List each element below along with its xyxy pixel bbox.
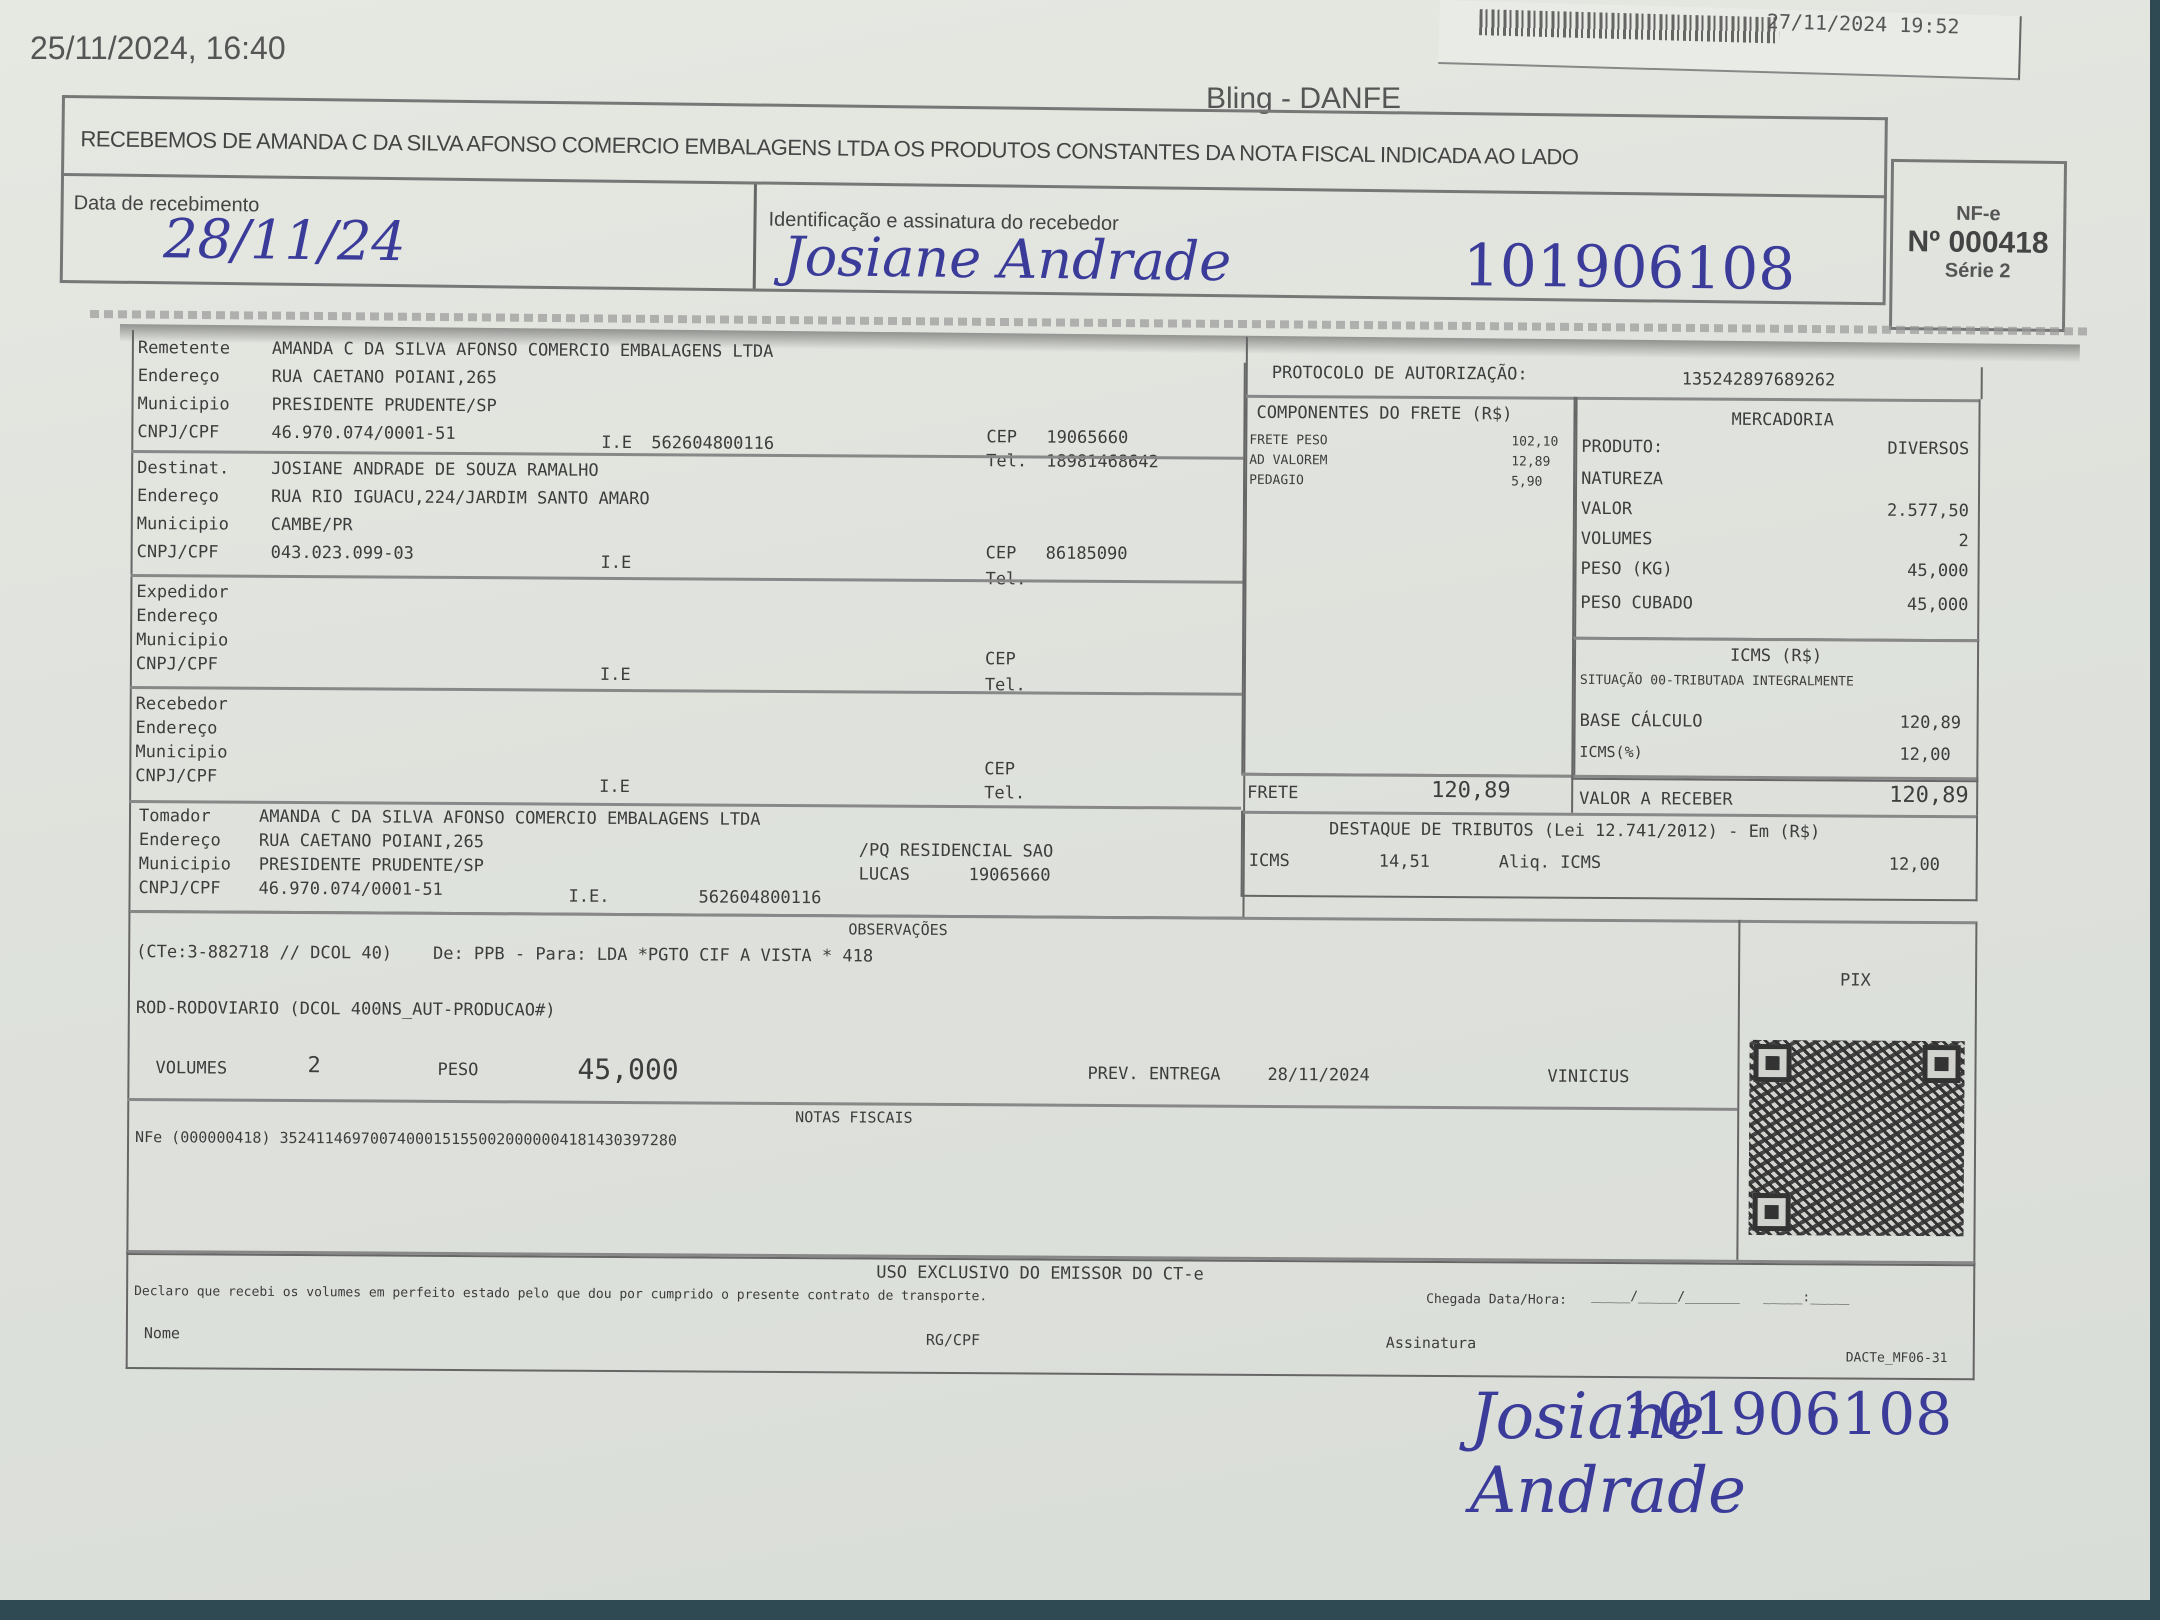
remetente-tel-label: Tel. <box>986 451 1027 471</box>
tomador-ie-label: I.E. <box>568 887 609 907</box>
tomador-name: AMANDA C DA SILVA AFONSO COMERCIO EMBALA… <box>259 807 761 830</box>
merchandise-row-label: NATUREZA <box>1581 469 1663 489</box>
protocol-label: PROTOCOLO DE AUTORIZAÇÃO: <box>1272 363 1528 385</box>
weight-label: PESO <box>437 1060 478 1080</box>
destinatario-cep: 86185090 <box>1046 544 1128 564</box>
tomador-city2: LUCAS <box>859 864 910 884</box>
remetente-doc: 46.970.074/0001-51 <box>271 423 455 444</box>
remetente-cep: 19065660 <box>1046 428 1128 448</box>
merchandise-row-label: VOLUMES <box>1581 529 1653 549</box>
recebedor-tel-label: Tel. <box>984 783 1025 803</box>
taxes-icms: 14,51 <box>1379 852 1430 872</box>
freight-item-value: 12,89 <box>1511 454 1550 469</box>
taxes-title: DESTAQUE DE TRIBUTOS (Lei 12.741/2012) -… <box>1329 819 1820 842</box>
footer-name-label: Nome <box>144 1324 180 1342</box>
destinatario-doc: 043.023.099-03 <box>271 543 414 564</box>
remetente-name: AMANDA C DA SILVA AFONSO COMERCIO EMBALA… <box>272 339 774 362</box>
taxes-aliq-label: Aliq. ICMS <box>1499 852 1601 873</box>
receive-value: 120,89 <box>1889 783 1969 808</box>
delivery-date: 28/11/2024 <box>1267 1065 1369 1086</box>
dacte-form: Remetente AMANDA C DA SILVA AFONSO COMER… <box>126 330 2002 1381</box>
tomador-doc: 46.970.074/0001-51 <box>259 879 443 900</box>
remetente-label: Remetente <box>138 338 230 359</box>
footer-title: USO EXCLUSIVO DO EMISSOR DO CT-e <box>876 1263 1204 1285</box>
expedidor-label: Expedidor <box>136 582 228 603</box>
tomador-city-label: Municipio <box>139 854 231 875</box>
volumes-label: VOLUMES <box>155 1058 227 1078</box>
slip-timestamp: 27/11/2024 19:52 <box>1767 9 1960 38</box>
expedidor-ie-label: I.E <box>600 665 631 685</box>
tomador-address: RUA CAETANO POIANI,265 <box>259 831 484 852</box>
freight-components-title: COMPONENTES DO FRETE (R$) <box>1256 403 1512 425</box>
destinatario-ie-label: I.E <box>601 553 632 573</box>
merchandise-row-value: 45,000 <box>1907 561 1969 581</box>
destinatario-doc-label: CNPJ/CPF <box>137 542 219 562</box>
receive-label: VALOR A RECEBER <box>1579 789 1733 810</box>
merchandise-row-value: DIVERSOS <box>1887 439 1969 459</box>
icms-base: 120,89 <box>1900 713 1962 733</box>
destinatario-name: JOSIANE ANDRADE DE SOUZA RAMALHO <box>271 459 599 481</box>
merchandise-row-value: 45,000 <box>1907 595 1969 615</box>
recebedor-city-label: Municipio <box>135 742 227 763</box>
expedidor-city-label: Municipio <box>136 630 228 651</box>
remetente-ie: 562604800116 <box>651 433 774 454</box>
receipt-declaration: RECEBEMOS DE AMANDA C DA SILVA AFONSO CO… <box>80 126 1578 170</box>
invoice-line: NFe (000000418) 352411469700740001515500… <box>135 1128 677 1149</box>
weight-value: 45,000 <box>577 1053 678 1087</box>
receipt-stub: RECEBEMOS DE AMANDA C DA SILVA AFONSO CO… <box>60 95 1882 307</box>
agent-name: VINICIUS <box>1547 1067 1629 1087</box>
tomador-cep: 19065660 <box>969 865 1051 885</box>
taxes-icms-label: ICMS <box>1249 851 1290 871</box>
remetente-ie-label: I.E <box>601 433 632 453</box>
tomador-label: Tomador <box>139 806 211 826</box>
handwritten-date: 28/11/24 <box>163 207 406 273</box>
merchandise-row-value: 2 <box>1958 531 1968 551</box>
tomador-address2: /PQ RESIDENCIAL SAO <box>859 840 1054 861</box>
merchandise-row-label: VALOR <box>1581 499 1632 519</box>
receipt-fields-row: Data de recebimento 28/11/24 Identificaç… <box>60 173 1887 305</box>
observations-title: OBSERVAÇÕES <box>848 920 947 939</box>
form-code: DACTe_MF06-31 <box>1846 1350 1948 1366</box>
protocol-value: 135242897689262 <box>1682 369 1836 390</box>
recebedor-address-label: Endereço <box>136 718 218 738</box>
recebedor-cep-label: CEP <box>984 759 1015 779</box>
freight-item-value: 5,90 <box>1511 474 1542 489</box>
remetente-city-label: Municipio <box>137 394 229 415</box>
arrival-field: _____/_____/_______ _____:_____ <box>1591 1289 1849 1306</box>
destinatario-label: Destinat. <box>137 458 229 479</box>
icms-rate: 12,00 <box>1899 745 1950 765</box>
recebedor-doc-label: CNPJ/CPF <box>135 766 217 786</box>
arrival-label: Chegada Data/Hora: <box>1426 1292 1567 1308</box>
nfe-number: Nº 000418 <box>1893 225 2063 261</box>
remetente-doc-label: CNPJ/CPF <box>137 422 219 442</box>
icms-title: ICMS (R$) <box>1730 646 1822 667</box>
freight-item-label: PEDAGIO <box>1249 473 1304 488</box>
merchandise-row-label: PESO (KG) <box>1581 559 1673 580</box>
divider <box>753 184 757 288</box>
icms-situation: SITUAÇÃO 00-TRIBUTADA INTEGRALMENTE <box>1580 673 1854 690</box>
freight-total-label: FRETE <box>1247 783 1298 803</box>
remetente-address: RUA CAETANO POIANI,265 <box>272 367 497 388</box>
taxes-aliq: 12,00 <box>1889 855 1940 875</box>
handwritten-id: 101906108 <box>1463 231 1796 303</box>
recebedor-label: Recebedor <box>136 694 228 715</box>
destinatario-address: RUA RIO IGUACU,224/JARDIM SANTO AMARO <box>271 487 650 509</box>
tomador-ie: 562604800116 <box>698 887 821 908</box>
destinatario-cep-label: CEP <box>986 543 1017 563</box>
destinatario-city: CAMBE/PR <box>271 515 353 535</box>
recebedor-ie-label: I.E <box>599 777 630 797</box>
document-photo: 27/11/2024 19:52 25/11/2024, 16:40 Bling… <box>0 0 2150 1600</box>
footer-rg-label: RG/CPF <box>926 1331 980 1349</box>
merchandise-row-label: PRODUTO: <box>1581 437 1663 457</box>
freight-item-label: FRETE PESO <box>1249 433 1327 448</box>
merchandise-title: MERCADORIA <box>1731 410 1833 431</box>
remetente-tel: 18981468642 <box>1046 452 1159 473</box>
nfe-label: NF-e <box>1893 202 2063 227</box>
attached-slip: 27/11/2024 19:52 <box>1438 0 2022 80</box>
tomador-address-label: Endereço <box>139 830 221 850</box>
nfe-number-box: NF-e Nº 000418 Série 2 <box>1889 159 2067 332</box>
destinatario-address-label: Endereço <box>137 486 219 506</box>
tomador-doc-label: CNPJ/CPF <box>139 878 221 898</box>
footer-signature-label: Assinatura <box>1386 1334 1476 1353</box>
remetente-address-label: Endereço <box>138 366 220 386</box>
pix-qr-code-icon <box>1749 1040 1965 1236</box>
remetente-city: PRESIDENTE PRUDENTE/SP <box>271 395 496 416</box>
delivery-label: PREV. ENTREGA <box>1087 1064 1220 1085</box>
observations-line2: ROD-RODOVIARIO (DCOL 400NS_AUT-PRODUCAO#… <box>136 998 556 1021</box>
handwritten-signature: Josiane Andrade <box>783 225 1232 293</box>
print-timestamp: 25/11/2024, 16:40 <box>30 30 286 67</box>
expedidor-cep-label: CEP <box>985 649 1016 669</box>
merchandise-row-label: PESO CUBADO <box>1580 593 1693 614</box>
merchandise-row-value: 2.577,50 <box>1887 501 1969 521</box>
expedidor-address-label: Endereço <box>136 606 218 626</box>
remetente-cep-label: CEP <box>986 427 1017 447</box>
invoices-title: NOTAS FISCAIS <box>795 1108 913 1127</box>
icms-rate-label: ICMS(%) <box>1579 743 1642 761</box>
barcode-icon <box>1479 9 1780 43</box>
expedidor-doc-label: CNPJ/CPF <box>136 654 218 674</box>
handwritten-id: 101906108 <box>1620 1380 1952 1448</box>
nfe-series: Série 2 <box>1893 259 2063 284</box>
destinatario-city-label: Municipio <box>137 514 229 535</box>
pix-label: PIX <box>1840 970 1871 990</box>
freight-total: 120,89 <box>1431 778 1511 803</box>
tomador-city: PRESIDENTE PRUDENTE/SP <box>259 855 484 876</box>
freight-item-value: 102,10 <box>1511 434 1558 449</box>
freight-item-label: AD VALOREM <box>1249 453 1327 468</box>
volumes-value: 2 <box>307 1053 320 1078</box>
icms-base-label: BASE CÁLCULO <box>1580 711 1703 732</box>
